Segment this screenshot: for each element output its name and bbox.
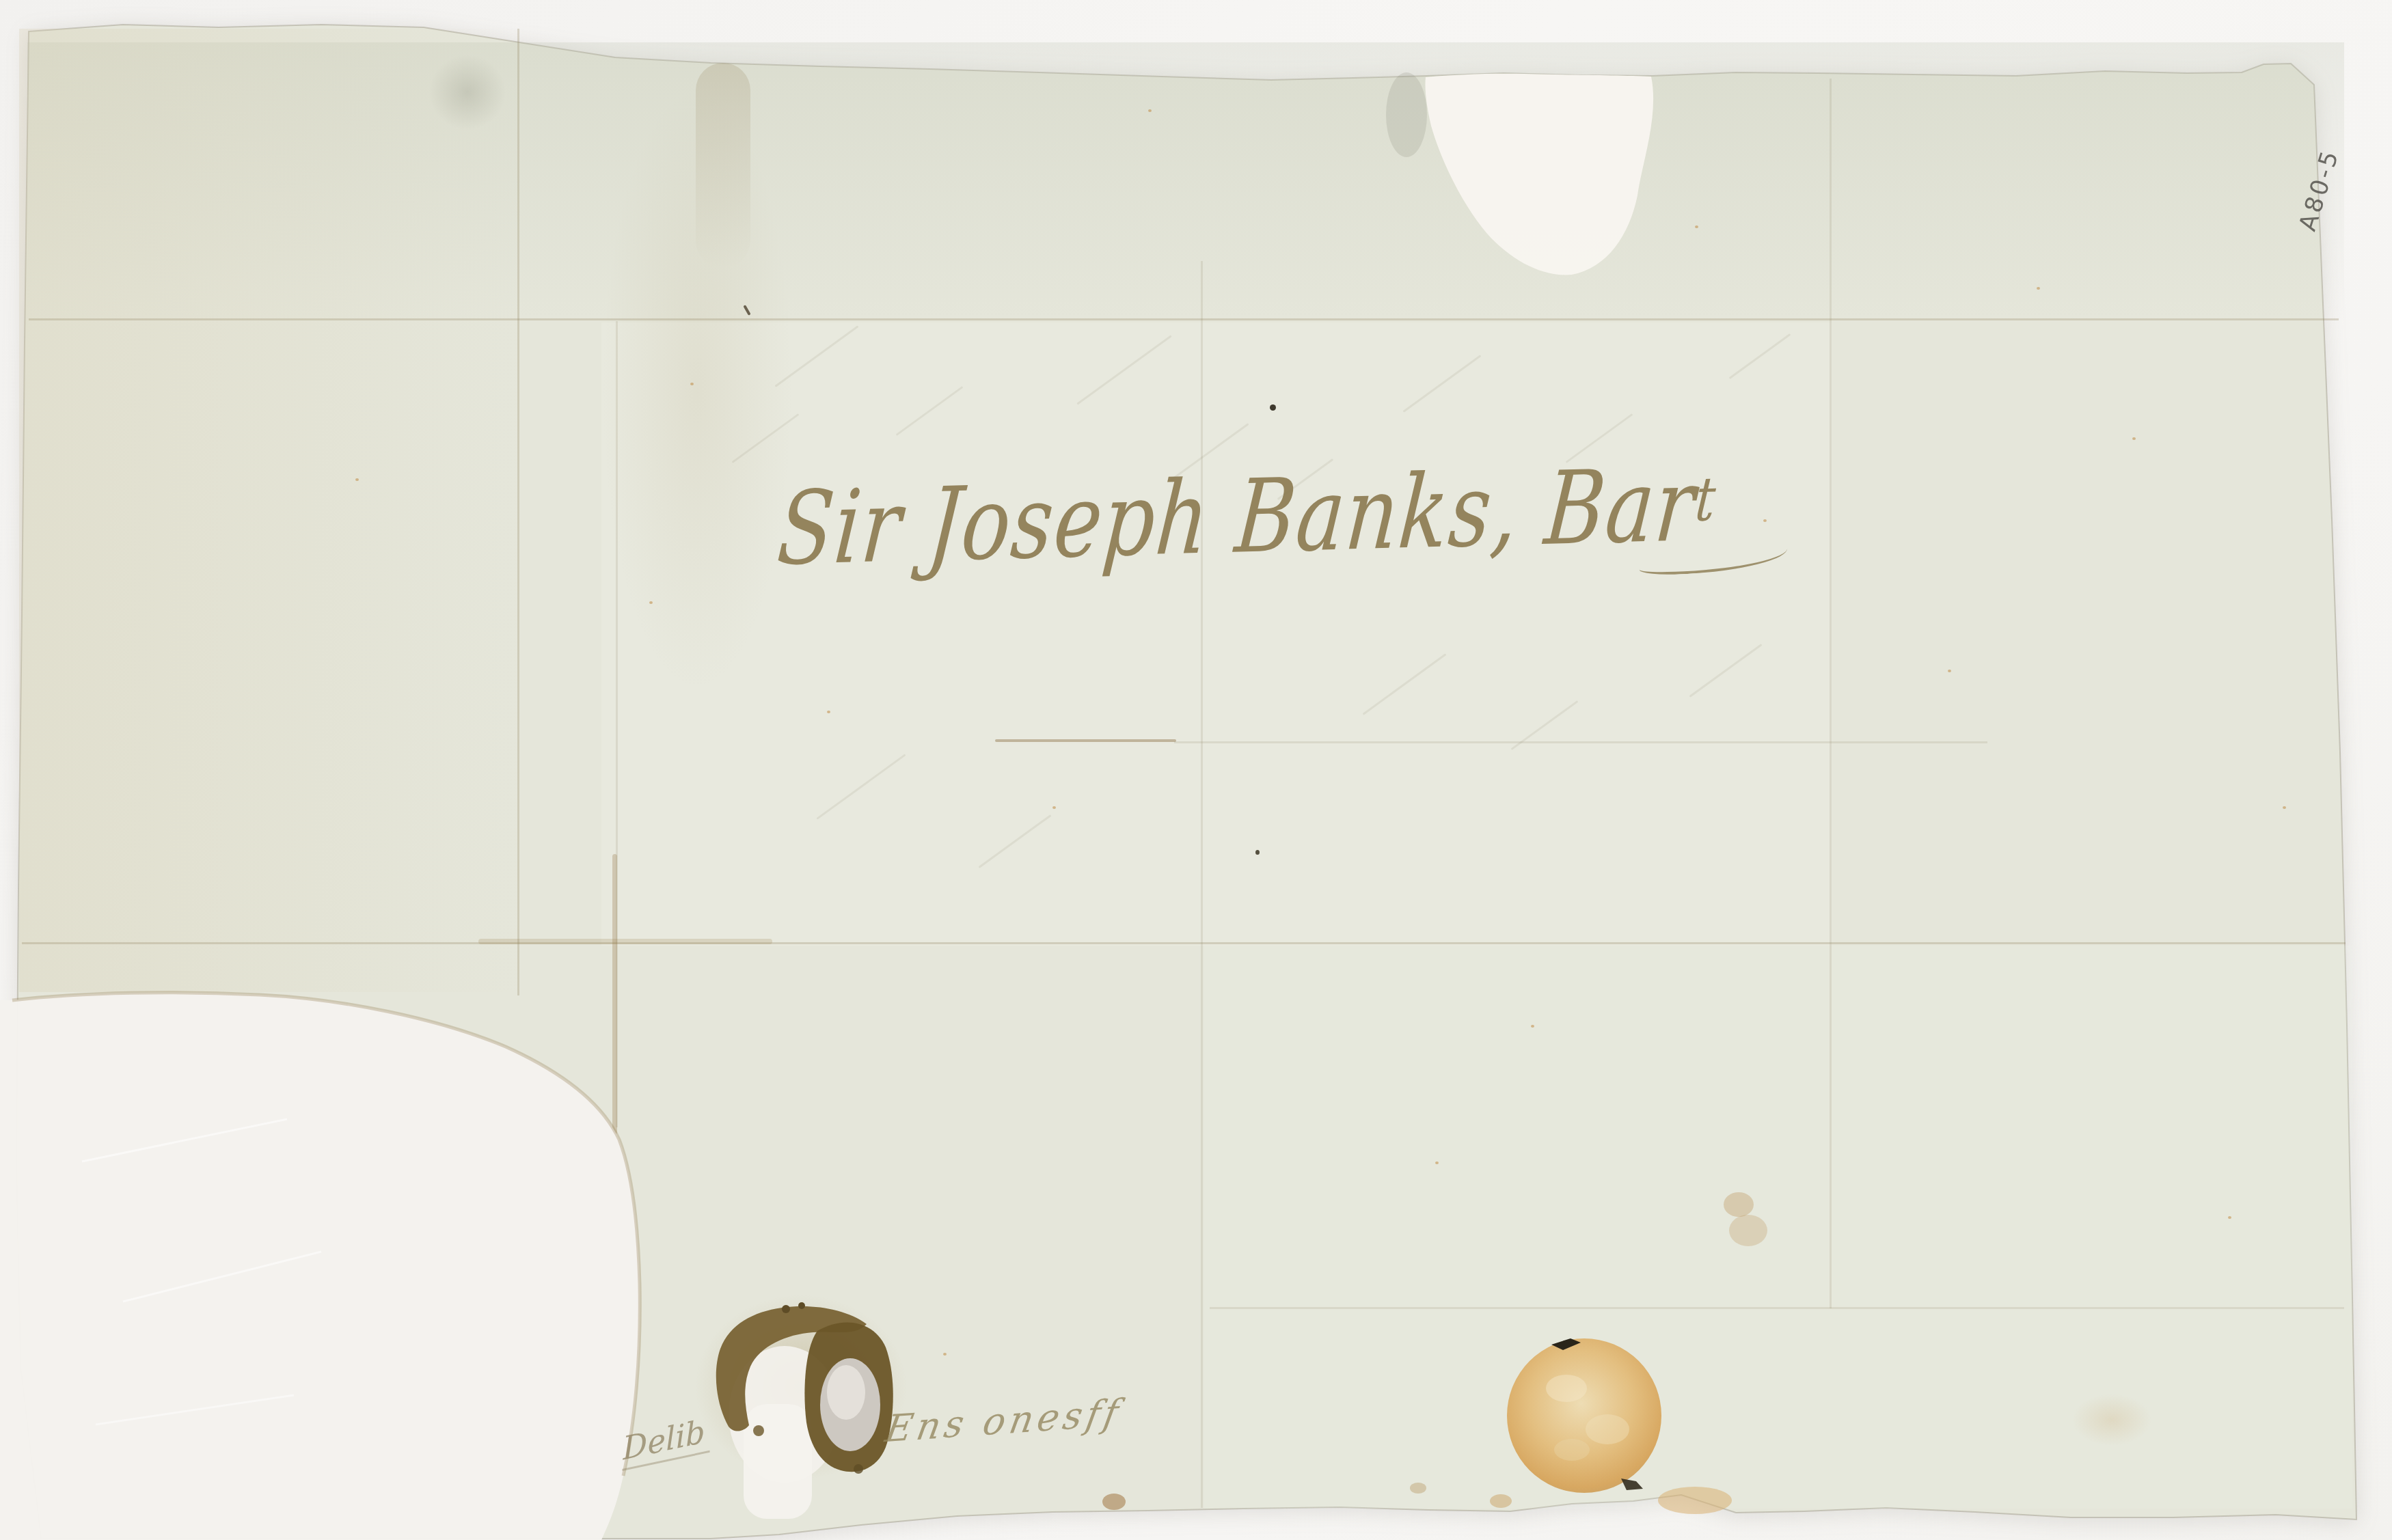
ink-speck [1270, 404, 1276, 411]
bottom-edge-spot-2 [1410, 1483, 1426, 1494]
right-seal [1507, 1338, 1661, 1493]
right-seal-mottle-2 [1586, 1414, 1629, 1444]
right-seal-mottle-3 [1554, 1439, 1590, 1461]
seals-layer [0, 0, 2392, 1540]
left-seal-torn-white-column [744, 1404, 812, 1519]
right-seal-side-spot [1490, 1494, 1512, 1508]
left-seal-speck-1 [782, 1305, 790, 1313]
right-seal-mottle-1 [1546, 1375, 1587, 1402]
left-seal-fibrous-patch-highlight [827, 1365, 865, 1420]
scanned-document-page: Sir Joseph Banks, Bart A80-5 Delib Ens o… [0, 0, 2392, 1540]
ink-speck [1255, 850, 1260, 855]
bottom-edge-spot-1 [1102, 1494, 1126, 1510]
left-seal-speck-3 [753, 1425, 764, 1436]
left-seal-speck-2 [798, 1302, 805, 1309]
address-text: Sir Joseph Banks, Bar [774, 446, 1700, 588]
left-seal-speck-4 [854, 1464, 863, 1474]
address-handwriting: Sir Joseph Banks, Bart [774, 445, 1721, 588]
right-seal-black-speck-bottom [1621, 1479, 1643, 1490]
right-seal-runoff-blob [1658, 1487, 1732, 1514]
